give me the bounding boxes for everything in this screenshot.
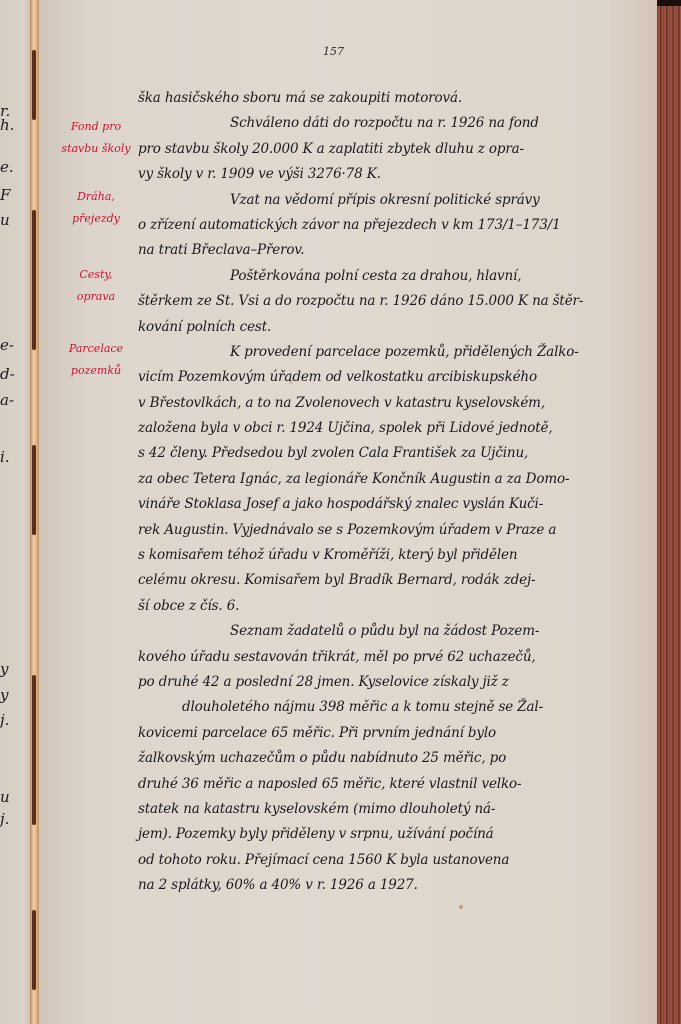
margin-note-parcelace-pozemku: Parcelace pozemků: [52, 338, 140, 382]
margin-note-line: stavbu školy: [52, 138, 140, 160]
text-line: Seznam žadatelů o půdu byl na žádost Poz…: [138, 619, 658, 644]
margin-note-fond-pro-stavbu-skoly: Fond pro stavbu školy: [52, 116, 140, 160]
left-page-fragment: y: [0, 688, 8, 703]
text-line: kování polních cest.: [138, 315, 658, 340]
page-block-edges: [657, 0, 681, 1024]
margin-note-line: oprava: [52, 286, 140, 308]
left-page-fragment: y: [0, 662, 8, 677]
text-line: ška hasičského sboru má se zakoupiti mot…: [138, 86, 658, 111]
margin-note-line: Parcelace: [52, 338, 140, 360]
paper-stain: [459, 905, 463, 909]
margin-note-line: pozemků: [52, 360, 140, 382]
text-line: na 2 splátky, 60% a 40% v r. 1926 a 1927…: [138, 873, 658, 898]
left-page-fragment: a-: [0, 393, 14, 408]
text-line: jem). Pozemky byly přiděleny v srpnu, už…: [138, 822, 658, 847]
left-page-fragment: u: [0, 213, 10, 228]
text-line: ší obce z čís. 6.: [138, 594, 658, 619]
left-page-fragment: j.: [0, 713, 9, 728]
left-page-fragment: i.: [0, 450, 10, 465]
text-line: Schváleno dáti do rozpočtu na r. 1926 na…: [138, 111, 658, 136]
text-line: kového úřadu sestavován třikrát, měl po …: [138, 645, 658, 670]
text-line: Vzat na vědomí přípis okresní politické …: [138, 188, 658, 213]
text-line: na trati Břeclava–Přerov.: [138, 238, 658, 263]
left-page-fragment: F: [0, 188, 10, 203]
margin-note-line: přejezdy: [52, 208, 140, 230]
previous-page-edge: r. h. e. F u e- d- a- i. y y j. u j.: [0, 0, 34, 1024]
text-line: dlouholetého nájmu 398 měřic a k tomu st…: [138, 695, 658, 720]
text-line: od tohoto roku. Přejímací cena 1560 K by…: [138, 848, 658, 873]
handwritten-body-text: ška hasičského sboru má se zakoupiti mot…: [138, 86, 658, 899]
margin-note-cesty-oprava: Cesty, oprava: [52, 264, 140, 308]
binding-thread: [32, 50, 36, 120]
text-line: vináře Stoklasa Josef a jako hospodářský…: [138, 492, 658, 517]
text-line: štěrkem ze St. Vsi a do rozpočtu na r. 1…: [138, 289, 658, 314]
text-line: pro stavbu školy 20.000 K a zaplatiti zb…: [138, 137, 658, 162]
left-page-fragment: u: [0, 790, 10, 805]
binding-thread: [32, 675, 36, 825]
left-page-fragment: j.: [0, 812, 9, 827]
margin-note-line: Fond pro: [52, 116, 140, 138]
text-line: celému okresu. Komisařem byl Bradík Bern…: [138, 568, 658, 593]
text-line: s komisařem téhož úřadu v Kroměříži, kte…: [138, 543, 658, 568]
text-line: kovicemi parcelace 65 měřic. Při prvním …: [138, 721, 658, 746]
text-line: založena byla v obci r. 1924 Ujčina, spo…: [138, 416, 658, 441]
text-line: Poštěrkována polní cesta za drahou, hlav…: [138, 264, 658, 289]
book-spread: r. h. e. F u e- d- a- i. y y j. u j. 157…: [0, 0, 681, 1024]
left-page-fragment: e.: [0, 160, 14, 175]
page-block-shadow: [657, 0, 681, 6]
page-number: 157: [323, 45, 344, 58]
margin-note-line: Cesty,: [52, 264, 140, 286]
text-line: po druhé 42 a poslední 28 jmen. Kyselovi…: [138, 670, 658, 695]
binding-thread: [32, 445, 36, 535]
text-line: s 42 členy. Předsedou byl zvolen Cala Fr…: [138, 441, 658, 466]
text-line: K provedení parcelace pozemků, přidělený…: [138, 340, 658, 365]
text-line: za obec Tetera Ignác, za legionáře Končn…: [138, 467, 658, 492]
text-line: o zřízení automatických závor na přejezd…: [138, 213, 658, 238]
margin-note-line: Dráha,: [52, 186, 140, 208]
text-line: rek Augustin. Vyjednávalo se s Pozemkový…: [138, 518, 658, 543]
left-page-fragment: h.: [0, 118, 14, 133]
text-line: vicím Pozemkovým úřadem od velkostatku a…: [138, 365, 658, 390]
text-line: statek na katastru kyselovském (mimo dlo…: [138, 797, 658, 822]
margin-note-draha-prejezdy: Dráha, přejezdy: [52, 186, 140, 230]
binding-thread: [32, 910, 36, 990]
text-line: žalkovským uchazečům o půdu nabídnuto 25…: [138, 746, 658, 771]
text-line: druhé 36 měřic a naposled 65 měřic, kter…: [138, 772, 658, 797]
left-page-fragment: d-: [0, 367, 15, 382]
text-line: v Břestovlkách, a to na Zvolenovech v ka…: [138, 391, 658, 416]
binding-thread: [32, 210, 36, 350]
left-page-fragment: e-: [0, 338, 14, 353]
text-line: vy školy v r. 1909 ve výši 3276·78 K.: [138, 162, 658, 187]
